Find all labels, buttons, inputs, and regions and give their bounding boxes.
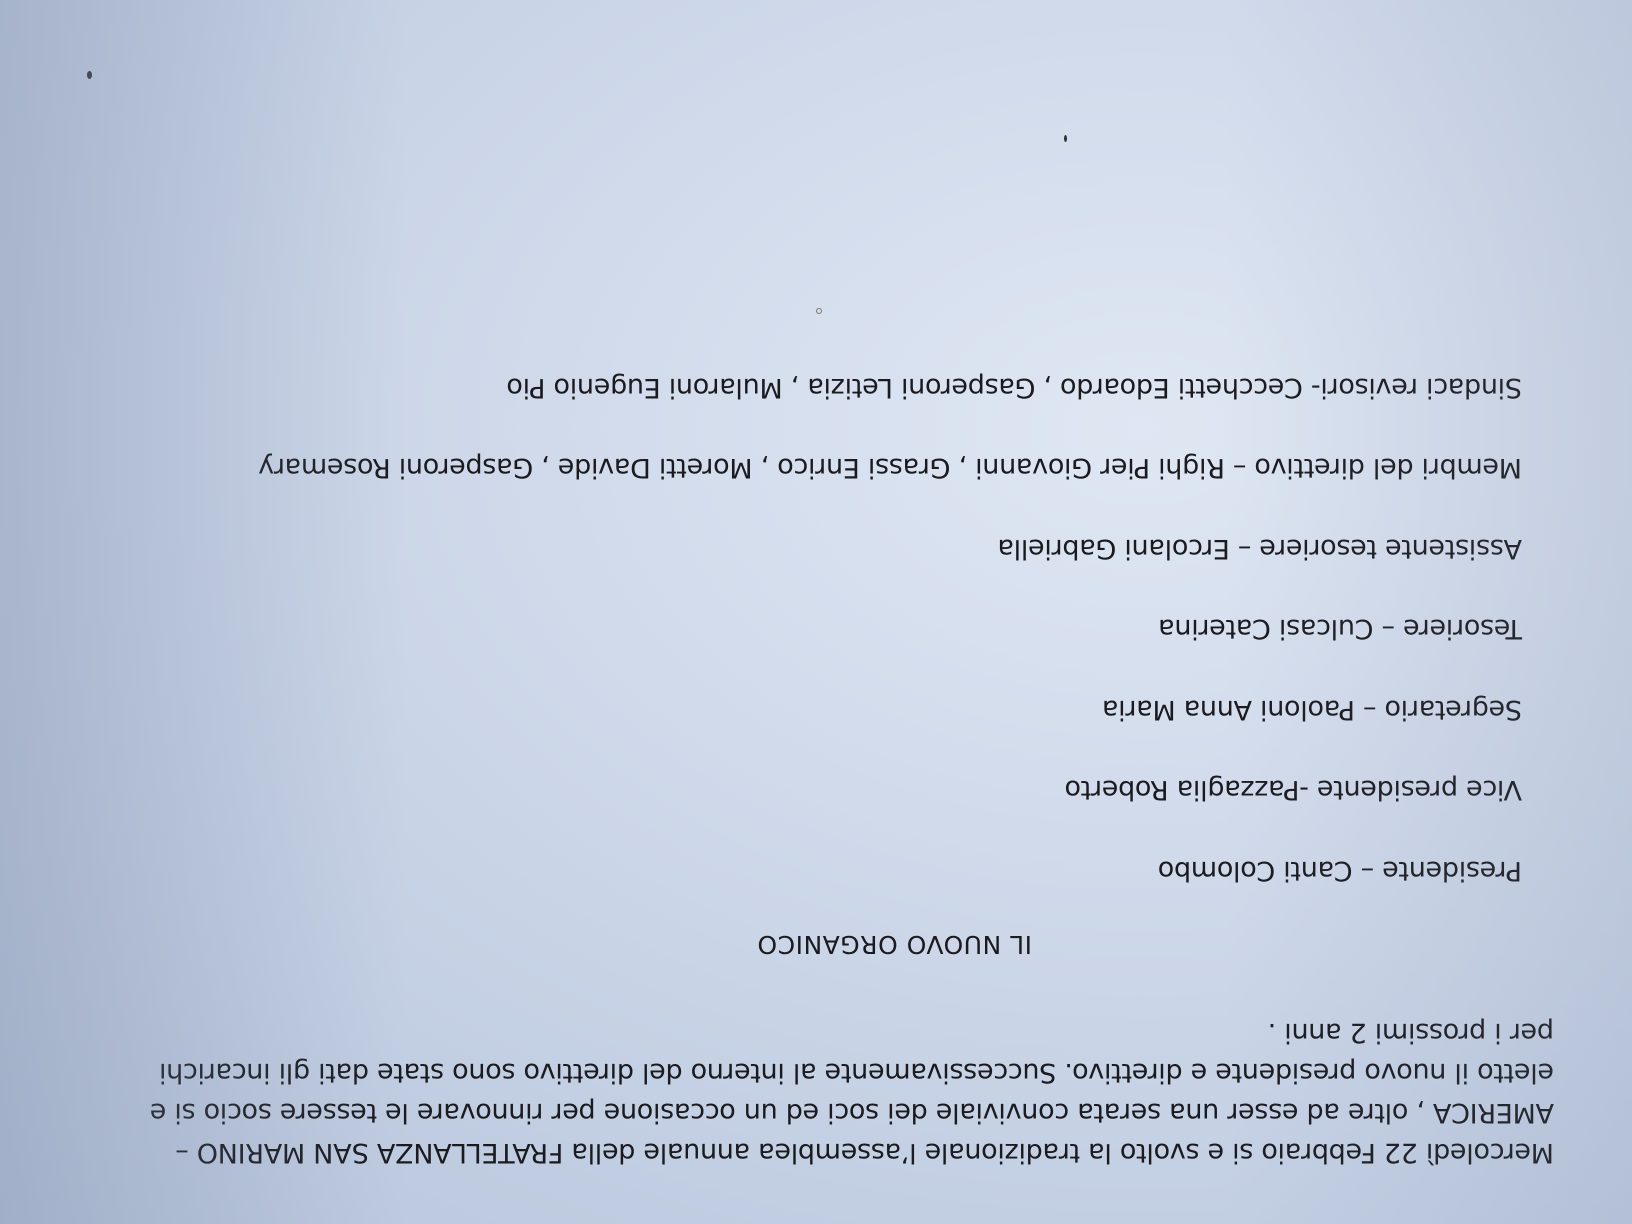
role-names: Cecchetti Edoardo , Gasperoni Letizia , … bbox=[507, 372, 1303, 403]
role-label: Tesoriere bbox=[1403, 614, 1522, 645]
role-names: Culcasi Caterina bbox=[1158, 614, 1373, 645]
role-separator: – bbox=[1374, 614, 1404, 645]
role-names: Righi Pier Giovanni , Grassi Enrico , Mo… bbox=[258, 453, 1224, 484]
role-treasurer: Tesoriere – Culcasi Caterina bbox=[258, 597, 1522, 645]
section-title: IL NUOVO ORGANICO bbox=[757, 930, 1032, 959]
role-separator: – bbox=[1353, 855, 1383, 886]
role-president: Presidente – Canti Colombo bbox=[258, 838, 1522, 886]
intro-line: per i prossimi 2 anni . bbox=[0, 1012, 1554, 1052]
role-secretary: Segretario – Paoloni Anna Maria bbox=[258, 677, 1522, 725]
role-separator: – bbox=[1225, 453, 1255, 484]
role-label: Segretario bbox=[1385, 694, 1522, 725]
role-separator: – bbox=[1230, 533, 1260, 564]
role-label: Sindaci revisori bbox=[1321, 372, 1522, 403]
role-separator: – bbox=[1355, 694, 1385, 725]
role-assistant-treasurer: Assistente tesoriere – Ercolani Gabriell… bbox=[258, 516, 1522, 564]
intro-line: eletto il nuovo presidente e direttivo. … bbox=[0, 1052, 1554, 1092]
intro-paragraph: Mercoledì 22 Febbraio si e svolto la tra… bbox=[0, 1012, 1554, 1172]
paper-speck bbox=[87, 71, 92, 79]
role-label: Presidente bbox=[1382, 855, 1522, 886]
intro-line: AMERICA , oltre ad esser una serata conv… bbox=[0, 1092, 1554, 1132]
role-names: Ercolani Gabriella bbox=[998, 533, 1230, 564]
role-label: Membri del direttivo bbox=[1255, 453, 1522, 484]
intro-line: Mercoledì 22 Febbraio si e svolto la tra… bbox=[0, 1132, 1554, 1172]
role-label: Vice presidente bbox=[1317, 775, 1522, 806]
role-separator: - bbox=[1303, 372, 1321, 403]
role-label: Assistente tesoriere bbox=[1260, 533, 1522, 564]
paper-speck bbox=[816, 308, 822, 314]
role-separator: - bbox=[1299, 775, 1317, 806]
roles-list: Presidente – Canti Colombo Vice presiden… bbox=[258, 323, 1522, 887]
role-names: Canti Colombo bbox=[1158, 855, 1353, 886]
document-photo: Mercoledì 22 Febbraio si e svolto la tra… bbox=[0, 0, 1632, 1224]
role-board-members: Membri del direttivo – Righi Pier Giovan… bbox=[258, 436, 1522, 484]
printed-page: Mercoledì 22 Febbraio si e svolto la tra… bbox=[0, 0, 1632, 1224]
role-auditors: Sindaci revisori- Cecchetti Edoardo , Ga… bbox=[258, 355, 1522, 403]
role-names: Paoloni Anna Maria bbox=[1102, 694, 1355, 725]
paper-speck bbox=[1064, 135, 1067, 142]
role-names: Pazzaglia Roberto bbox=[1065, 775, 1300, 806]
role-vice-president: Vice presidente -Pazzaglia Roberto bbox=[258, 758, 1522, 806]
